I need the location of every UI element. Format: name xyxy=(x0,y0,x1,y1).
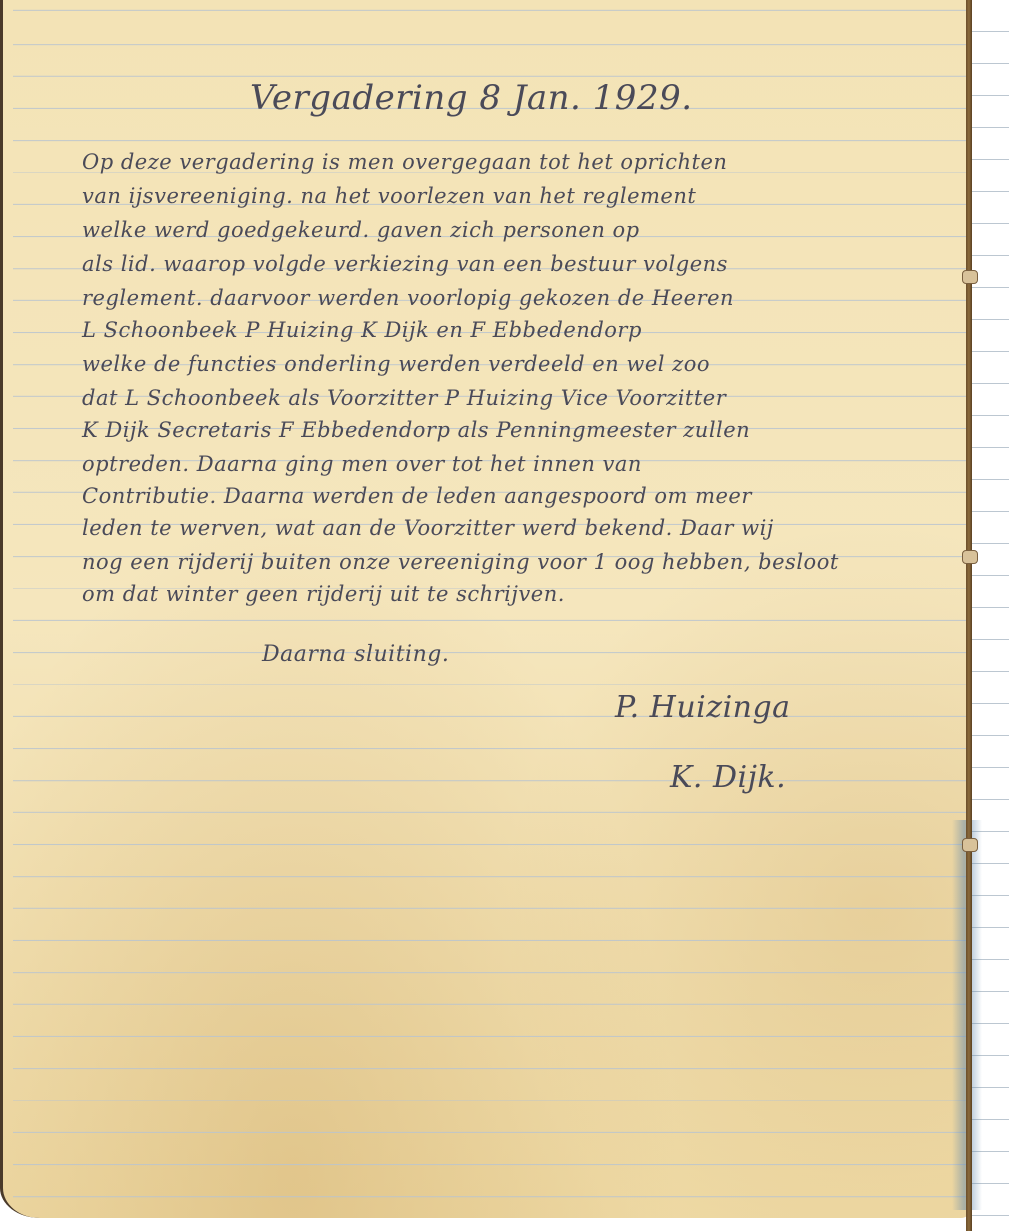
text-line: om dat winter geen rijderij uit te schri… xyxy=(82,582,565,606)
notebook-page xyxy=(0,0,971,1218)
closing-line: Daarna sluiting. xyxy=(262,642,449,667)
text-line: Contributie. Daarna werden de leden aang… xyxy=(82,484,752,508)
binding-stitch xyxy=(962,838,978,852)
ruled-lines xyxy=(13,0,971,1218)
signature: K. Dijk. xyxy=(670,760,786,795)
text-line: welke werd goedgekeurd. gaven zich perso… xyxy=(82,218,640,242)
signature: P. Huizinga xyxy=(615,690,791,725)
page-title: Vergadering 8 Jan. 1929. xyxy=(250,78,693,118)
text-line: K Dijk Secretaris F Ebbedendorp als Penn… xyxy=(82,418,750,442)
text-line: als lid. waarop volgde verkiezing van ee… xyxy=(82,252,728,276)
text-line: optreden. Daarna ging men over tot het i… xyxy=(82,452,642,476)
binding-stitch xyxy=(962,550,978,564)
text-line: dat L Schoonbeek als Voorzitter P Huizin… xyxy=(82,386,726,410)
notebook-spine xyxy=(966,0,972,1231)
text-line: L Schoonbeek P Huizing K Dijk en F Ebbed… xyxy=(82,318,642,342)
text-line: nog een rijderij buiten onze vereeniging… xyxy=(82,550,839,574)
text-line: reglement. daarvoor werden voorlopig gek… xyxy=(82,286,734,310)
text-line: van ijsvereeniging. na het voorlezen van… xyxy=(82,184,696,208)
text-line: leden te werven, wat aan de Voorzitter w… xyxy=(82,516,774,540)
binding-stitch xyxy=(962,270,978,284)
text-line: Op deze vergadering is men overgegaan to… xyxy=(82,150,727,174)
text-line: welke de functies onderling werden verde… xyxy=(82,352,710,376)
